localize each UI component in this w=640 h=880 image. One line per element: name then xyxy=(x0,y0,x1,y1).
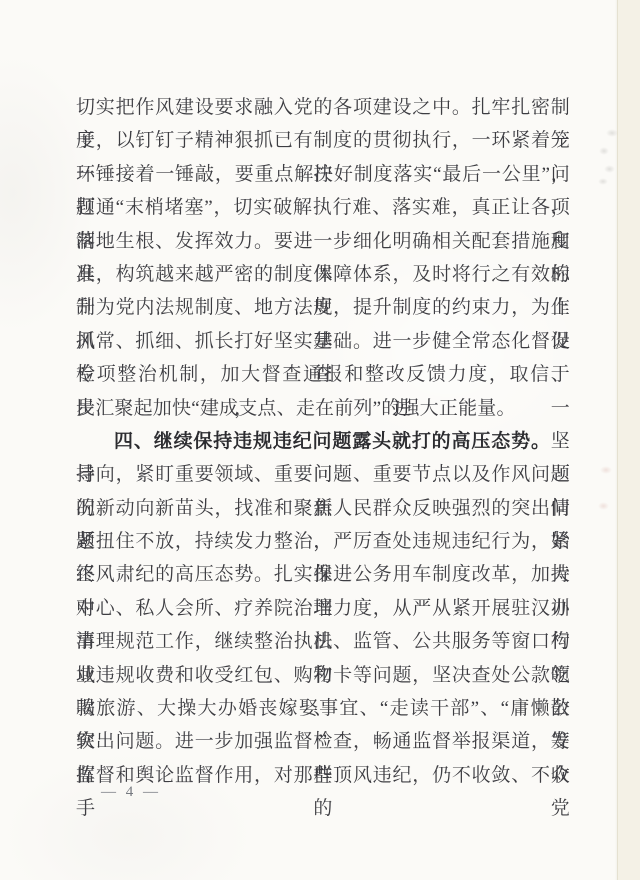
document-page: 切实把作风建设要求融入党的各项建设之中。扎牢扎密制度笼子，以钉钉子精神狠抓已有制… xyxy=(0,0,640,880)
text-line: 子，以钉钉子精神狠抓已有制度的贯彻执行，一环紧着一环拧， xyxy=(76,124,570,157)
scan-smudge xyxy=(598,178,608,185)
body-segment: 步汇聚起加快“建成支点、走在前列”的强大正能量。 xyxy=(76,398,516,419)
text-line: 切实把作风建设要求融入党的各项建设之中。扎牢扎密制度笼 xyxy=(76,91,570,124)
text-line: 一锤接着一锤敲，要重点解决好制度落实“最后一公里”问题， xyxy=(76,158,570,191)
scan-edge-band xyxy=(617,0,640,880)
text-line: 升为党内法规制度、地方法规，提升制度的约束力，为作风建设 xyxy=(76,291,570,324)
text-line: 四、继续保持违规违纪问题露头就打的高压态势。坚持问题 xyxy=(76,425,570,458)
text-line: 况新动向新苗头，找准和聚焦人民群众反映强烈的突出问题，紧 xyxy=(76,492,570,525)
page-number: — 4 — xyxy=(101,782,161,802)
text-line: 专项整治机制，加大督查通报和整改反馈力度，取信于民，进一 xyxy=(76,358,570,391)
text-line: 抓常、抓细、抓长打好坚实基础。进一步健全常态化督促检查、 xyxy=(76,325,570,358)
text-line: 准，构筑越来越严密的制度保障体系，及时将行之有效的制度上 xyxy=(76,258,570,291)
text-line: 落地生根、发挥效力。要进一步细化明确相关配套措施和具体标 xyxy=(76,225,570,258)
text-line: 款旅游、大操大办婚丧嫁娶事宜、“走读干部”、“庸懒散软”等 xyxy=(76,692,570,725)
text-line: 中心、私人会所、疗养院治理力度，从严从紧开展驻汉办事机构 xyxy=(76,592,570,625)
scan-smudge xyxy=(600,466,612,474)
scan-smudge xyxy=(604,165,615,173)
scan-smudge xyxy=(599,147,609,155)
text-line: 突出问题。进一步加强监督检查，畅通监督举报渠道，发挥群众 xyxy=(76,725,570,758)
scan-smudge xyxy=(598,502,609,510)
document-lines: 切实把作风建设要求融入党的各项建设之中。扎牢扎密制度笼子，以钉钉子精神狠抓已有制… xyxy=(76,91,570,792)
text-line: 打通“末梢堵塞”，切实破解执行难、落实难，真正让各项制度 xyxy=(76,191,570,224)
text-line: 步汇聚起加快“建成支点、走在前列”的强大正能量。 xyxy=(76,392,570,425)
text-line: 导向，紧盯重要领域、重要问题、重要节点以及作风问题的新情 xyxy=(76,458,570,491)
text-line: 正风肃纪的高压态势。扎实推进公务用车制度改革，加大对培训 xyxy=(76,558,570,591)
text-line: 紧扭住不放，持续发力整治，严厉查处违规违纪行为，始终保持 xyxy=(76,525,570,558)
text-line: 清理规范工作，继续整治执法、监管、公共服务等窗口行业和领 xyxy=(76,625,570,658)
heading-segment: 四、继续保持违规违纪问题露头就打的高压态势。 xyxy=(114,431,551,452)
text-line: 域违规收费和收受红包、购物卡等问题，坚决查处公款吃喝、公 xyxy=(76,659,570,692)
